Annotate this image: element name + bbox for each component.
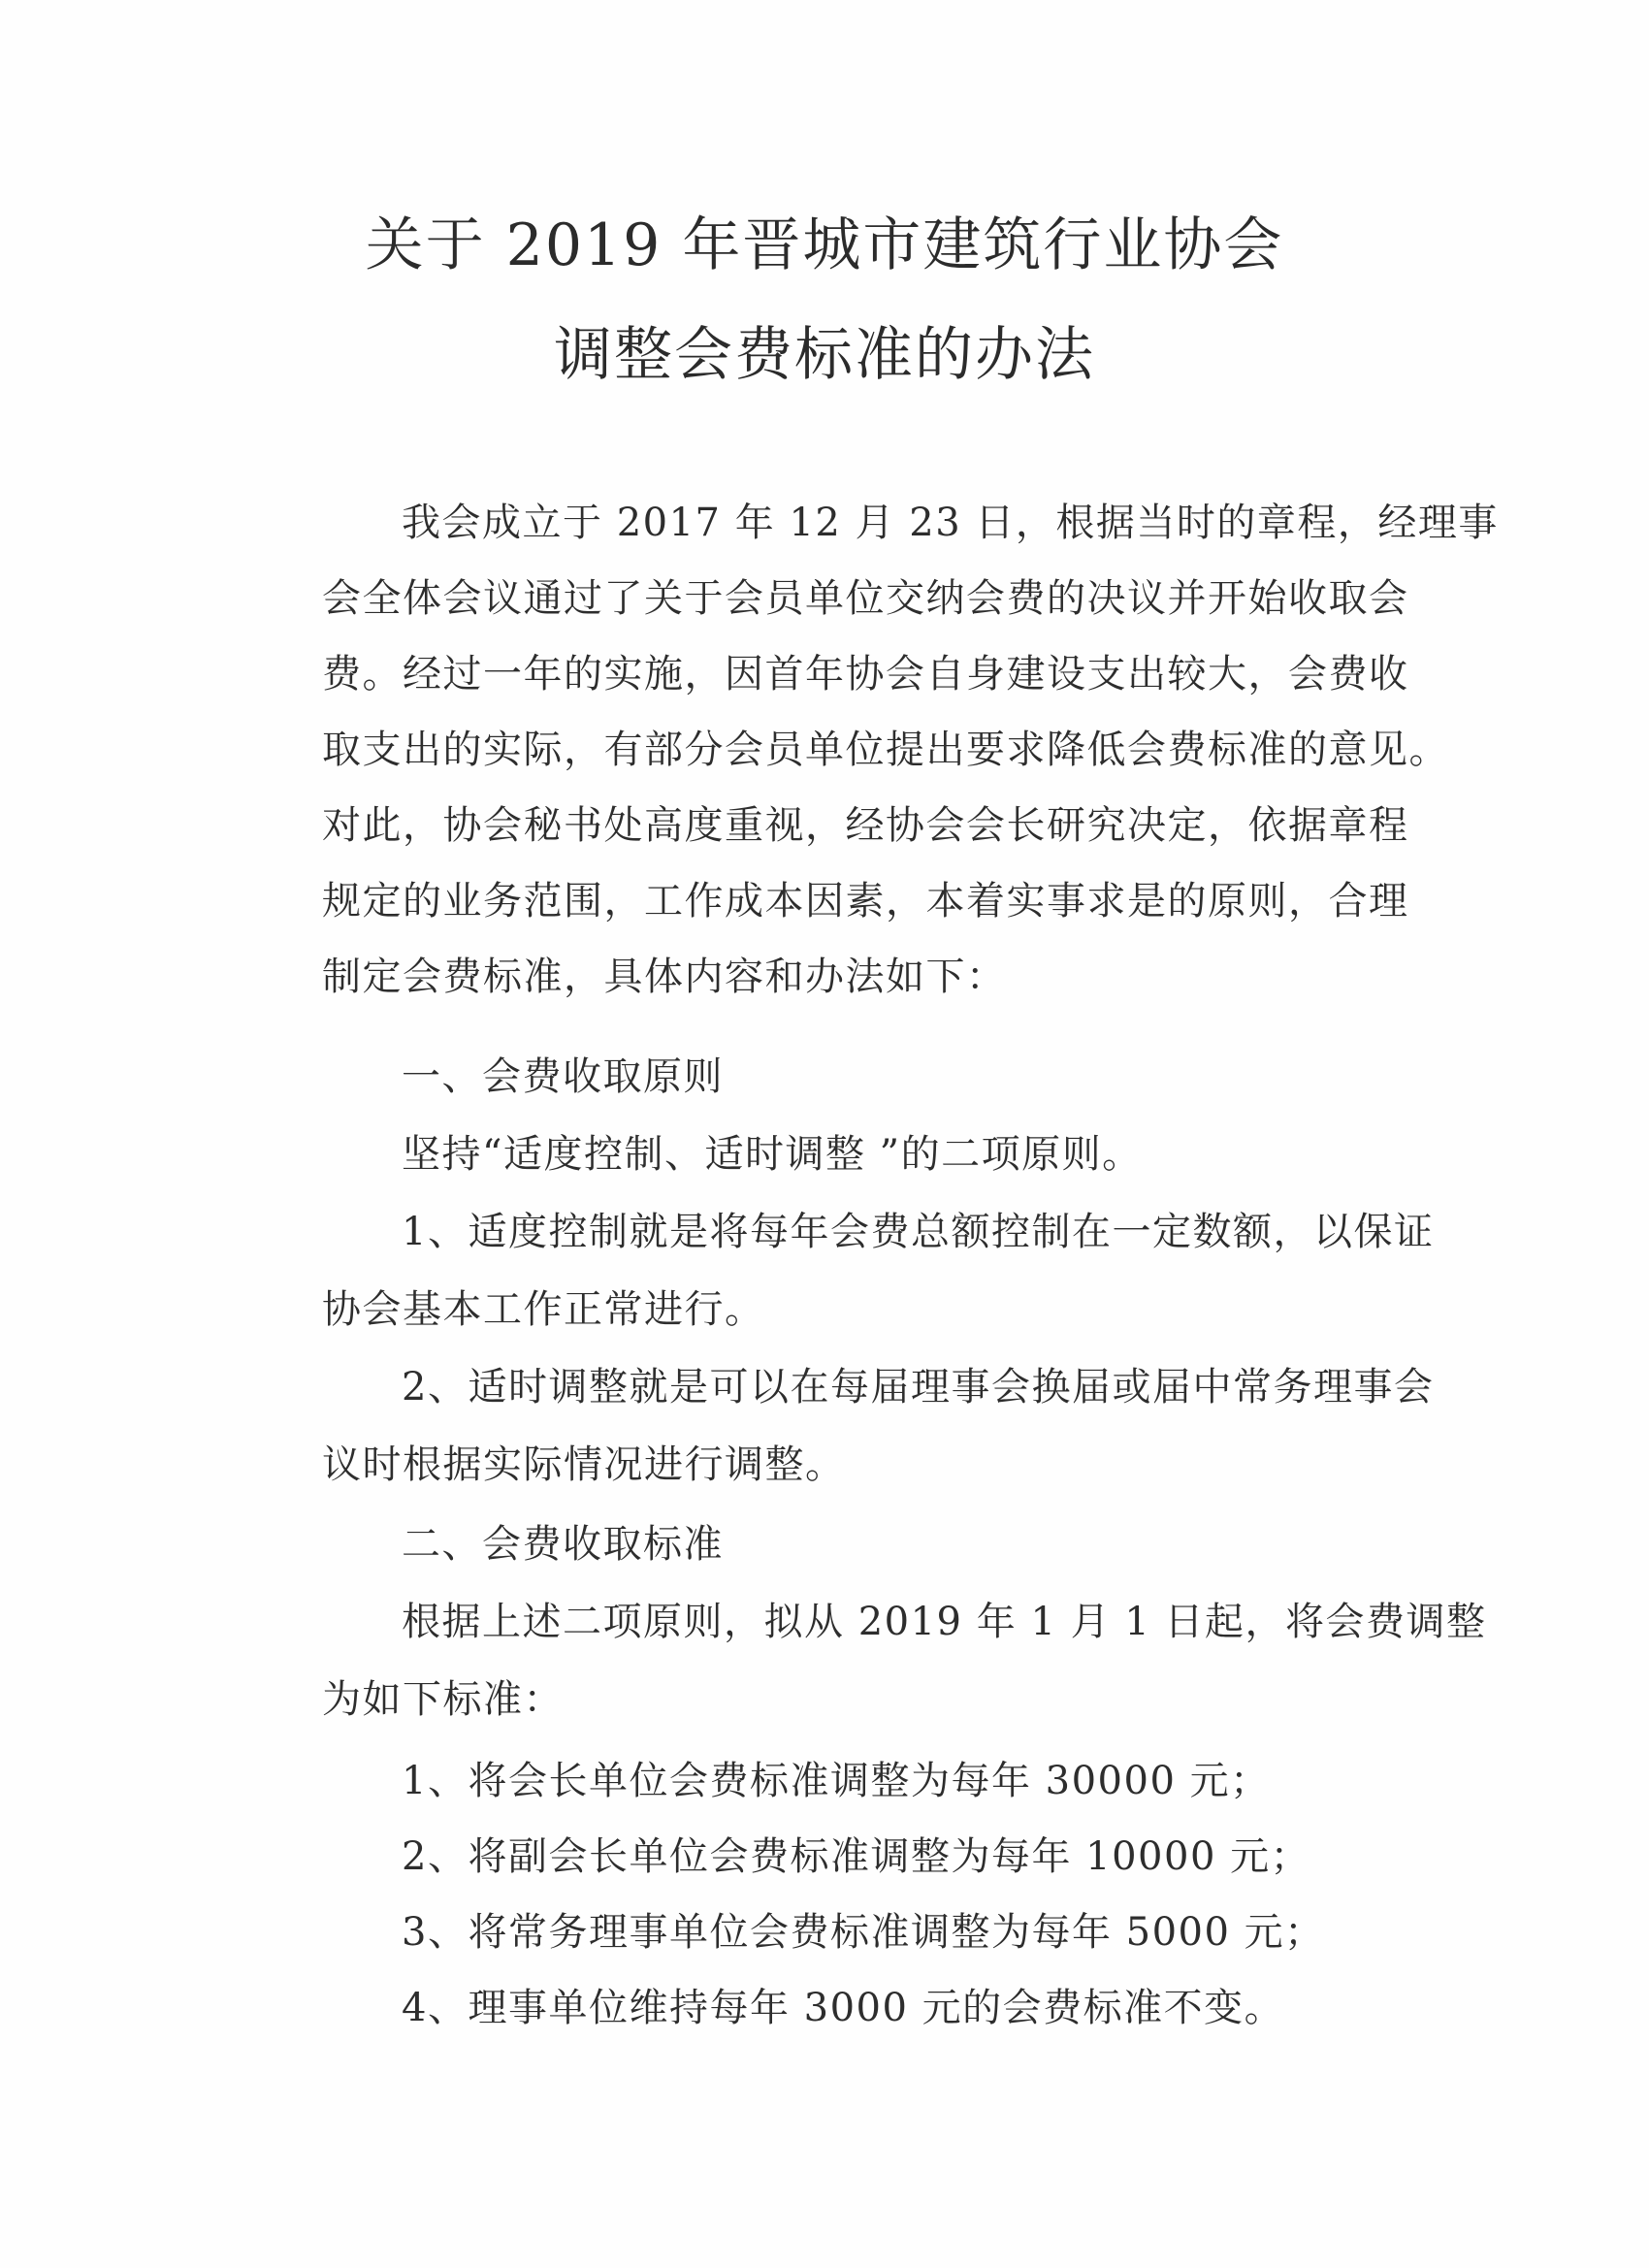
intro-line-4: 取支出的实际，有部分会员单位提出要求降低会费标准的意见。	[322, 725, 1467, 775]
section-1-heading: 一、会费收取原则	[402, 1052, 1546, 1102]
document-title-line-2: 调整会费标准的办法	[0, 308, 1649, 392]
section-2-intro-line-1: 根据上述二项原则，拟从 2019 年 1 月 1 日起，将会费调整	[402, 1597, 1546, 1647]
section-2-intro-line-2: 为如下标准：	[322, 1674, 1467, 1725]
intro-line-5: 对此，协会秘书处高度重视，经协会会长研究决定，依据章程	[322, 800, 1467, 851]
intro-line-6: 规定的业务范围，工作成本因素，本着实事求是的原则，合理	[322, 876, 1467, 926]
section-1-principle: 坚持“适度控制、适时调整 ”的二项原则。	[402, 1129, 1546, 1180]
standard-item-2: 2、将副会长单位会费标准调整为每年 10000 元；	[402, 1831, 1546, 1882]
standard-item-1: 1、将会长单位会费标准调整为每年 30000 元；	[402, 1756, 1546, 1806]
section-1-item-2-line-2: 议时根据实际情况进行调整。	[322, 1440, 1467, 1490]
section-2-heading: 二、会费收取标准	[402, 1519, 1546, 1570]
standard-item-3: 3、将常务理事单位会费标准调整为每年 5000 元；	[402, 1907, 1546, 1958]
section-1-item-2-line-1: 2、适时调整就是可以在每届理事会换届或届中常务理事会	[402, 1362, 1546, 1412]
intro-line-3: 费。经过一年的实施，因首年协会自身建设支出较大，会费收	[322, 649, 1467, 699]
section-1-item-1-line-1: 1、适度控制就是将每年会费总额控制在一定数额，以保证	[402, 1207, 1546, 1257]
intro-line-1: 我会成立于 2017 年 12 月 23 日，根据当时的章程，经理事	[402, 498, 1546, 548]
intro-line-2: 会全体会议通过了关于会员单位交纳会费的决议并开始收取会	[322, 573, 1467, 624]
section-1-item-1-line-2: 协会基本工作正常进行。	[322, 1284, 1467, 1335]
document-title-line-1: 关于 2019 年晋城市建筑行业协会	[0, 199, 1649, 282]
intro-line-7: 制定会费标准，具体内容和办法如下：	[322, 952, 1467, 1002]
document-page: 关于 2019 年晋城市建筑行业协会 调整会费标准的办法 我会成立于 2017 …	[0, 0, 1649, 2268]
standard-item-4: 4、理事单位维持每年 3000 元的会费标准不变。	[402, 1983, 1546, 2033]
